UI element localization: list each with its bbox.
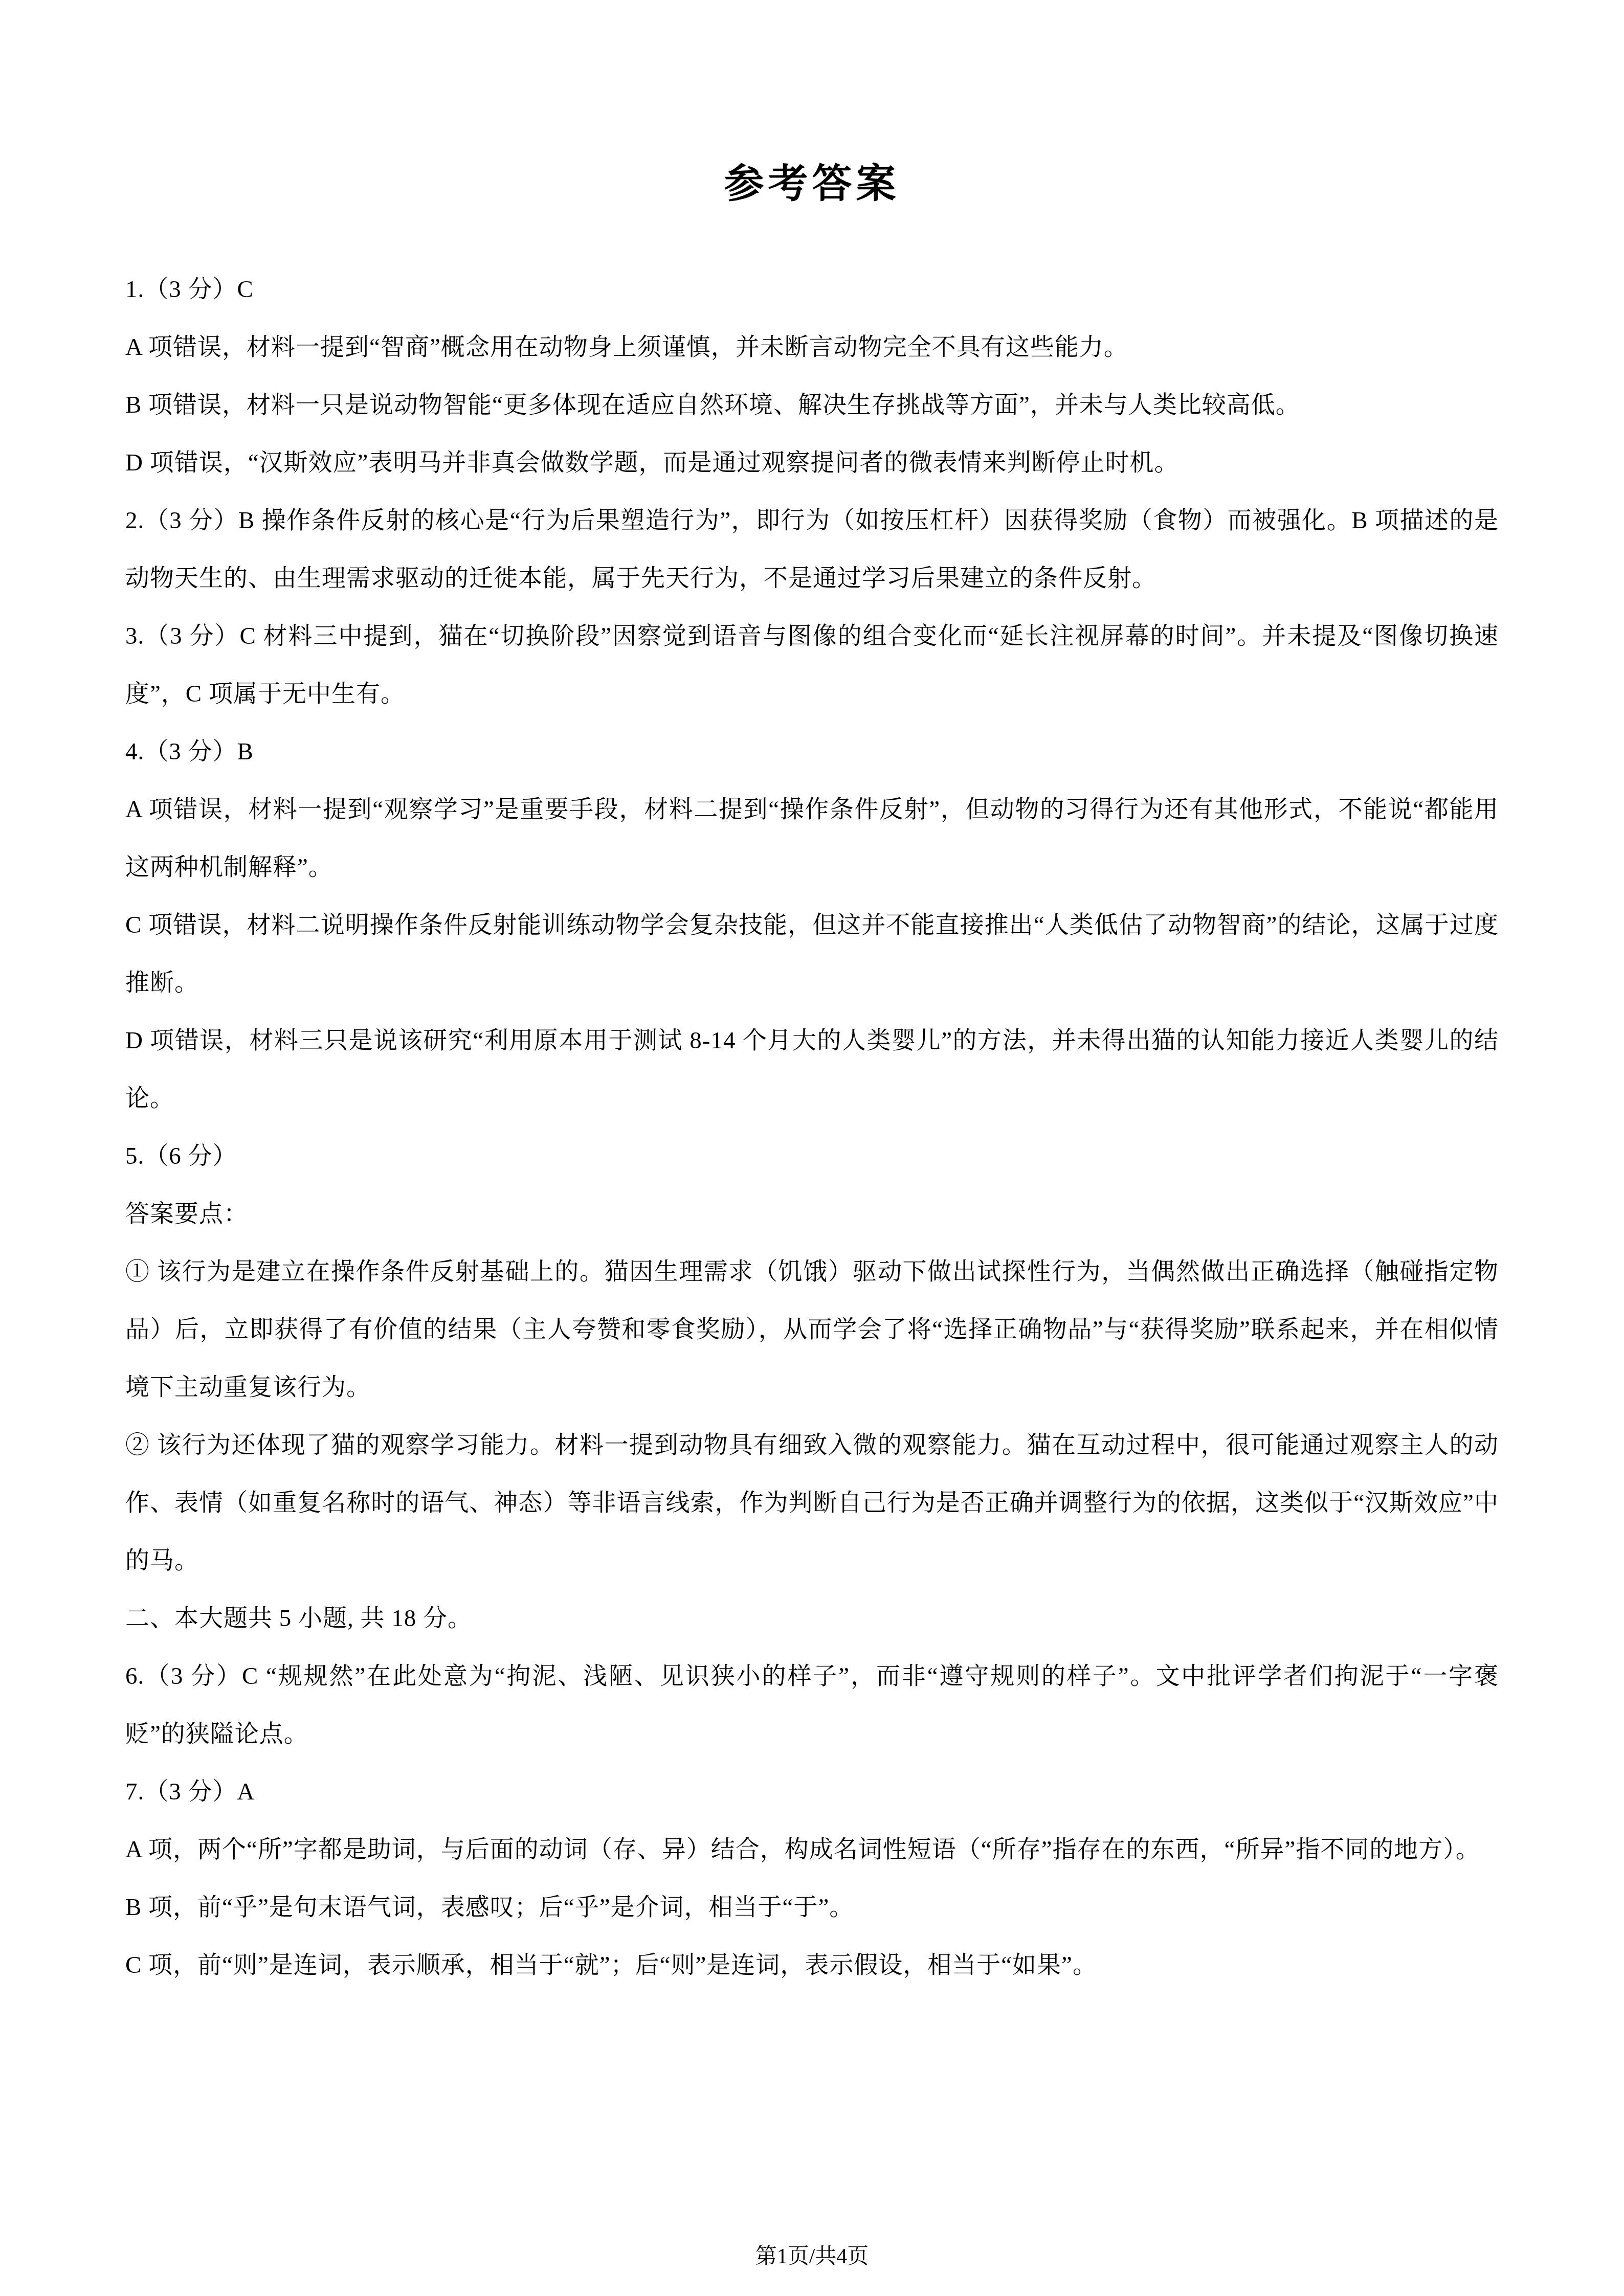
answer-line-5-point2: ② 该行为还体现了猫的观察学习能力。材料一提到动物具有细致入微的观察能力。猫在互… (125, 1416, 1499, 1590)
answer-line-7a: A 项，两个“所”字都是助词，与后面的动词（存、异）结合，构成名词性短语（“所存… (125, 1821, 1499, 1879)
answer-line-7b: B 项，前“乎”是句末语气词，表感叹；后“乎”是介词，相当于“于”。 (125, 1879, 1499, 1937)
answer-line-7: 7.（3 分）A (125, 1763, 1499, 1821)
page-footer: 第1页/共4页 (0, 2244, 1624, 2269)
answer-line-4c: C 项错误，材料二说明操作条件反射能训练动物学会复杂技能，但这并不能直接推出“人… (125, 896, 1499, 1012)
answer-line-6: 6.（3 分）C “规规然”在此处意为“拘泥、浅陋、见识狭小的样子”，而非“遵守… (125, 1648, 1499, 1763)
answer-line-7c: C 项，前“则”是连词，表示顺承，相当于“就”；后“则”是连词，表示假设，相当于… (125, 1937, 1499, 1994)
section-2-heading: 二、本大题共 5 小题, 共 18 分。 (125, 1590, 1499, 1648)
answer-line-4: 4.（3 分）B (125, 723, 1499, 781)
answer-line-4a: A 项错误，材料一提到“观察学习”是重要手段，材料二提到“操作条件反射”，但动物… (125, 781, 1499, 896)
answer-line-5-key: 答案要点： (125, 1185, 1499, 1243)
answer-line-1d: D 项错误，“汉斯效应”表明马并非真会做数学题，而是通过观察提问者的微表情来判断… (125, 434, 1499, 492)
answer-line-3: 3.（3 分）C 材料三中提到，猫在“切换阶段”因察觉到语音与图像的组合变化而“… (125, 607, 1499, 723)
answer-line-1: 1.（3 分）C (125, 261, 1499, 319)
answer-line-4d: D 项错误，材料三只是说该研究“利用原本用于测试 8-14 个月大的人类婴儿”的… (125, 1012, 1499, 1128)
answer-line-2: 2.（3 分）B 操作条件反射的核心是“行为后果塑造行为”，即行为（如按压杠杆）… (125, 492, 1499, 607)
document-page: 参考答案 1.（3 分）C A 项错误，材料一提到“智商”概念用在动物身上须谨慎… (0, 0, 1624, 2296)
page-title: 参考答案 (125, 153, 1499, 215)
answer-line-5-point1: ① 该行为是建立在操作条件反射基础上的。猫因生理需求（饥饿）驱动下做出试探性行为… (125, 1243, 1499, 1416)
answers-body: 1.（3 分）C A 项错误，材料一提到“智商”概念用在动物身上须谨慎，并未断言… (125, 261, 1499, 1994)
answer-line-5: 5.（6 分） (125, 1128, 1499, 1185)
answer-line-1a: A 项错误，材料一提到“智商”概念用在动物身上须谨慎，并未断言动物完全不具有这些… (125, 319, 1499, 376)
answer-line-1b: B 项错误，材料一只是说动物智能“更多体现在适应自然环境、解决生存挑战等方面”，… (125, 376, 1499, 434)
